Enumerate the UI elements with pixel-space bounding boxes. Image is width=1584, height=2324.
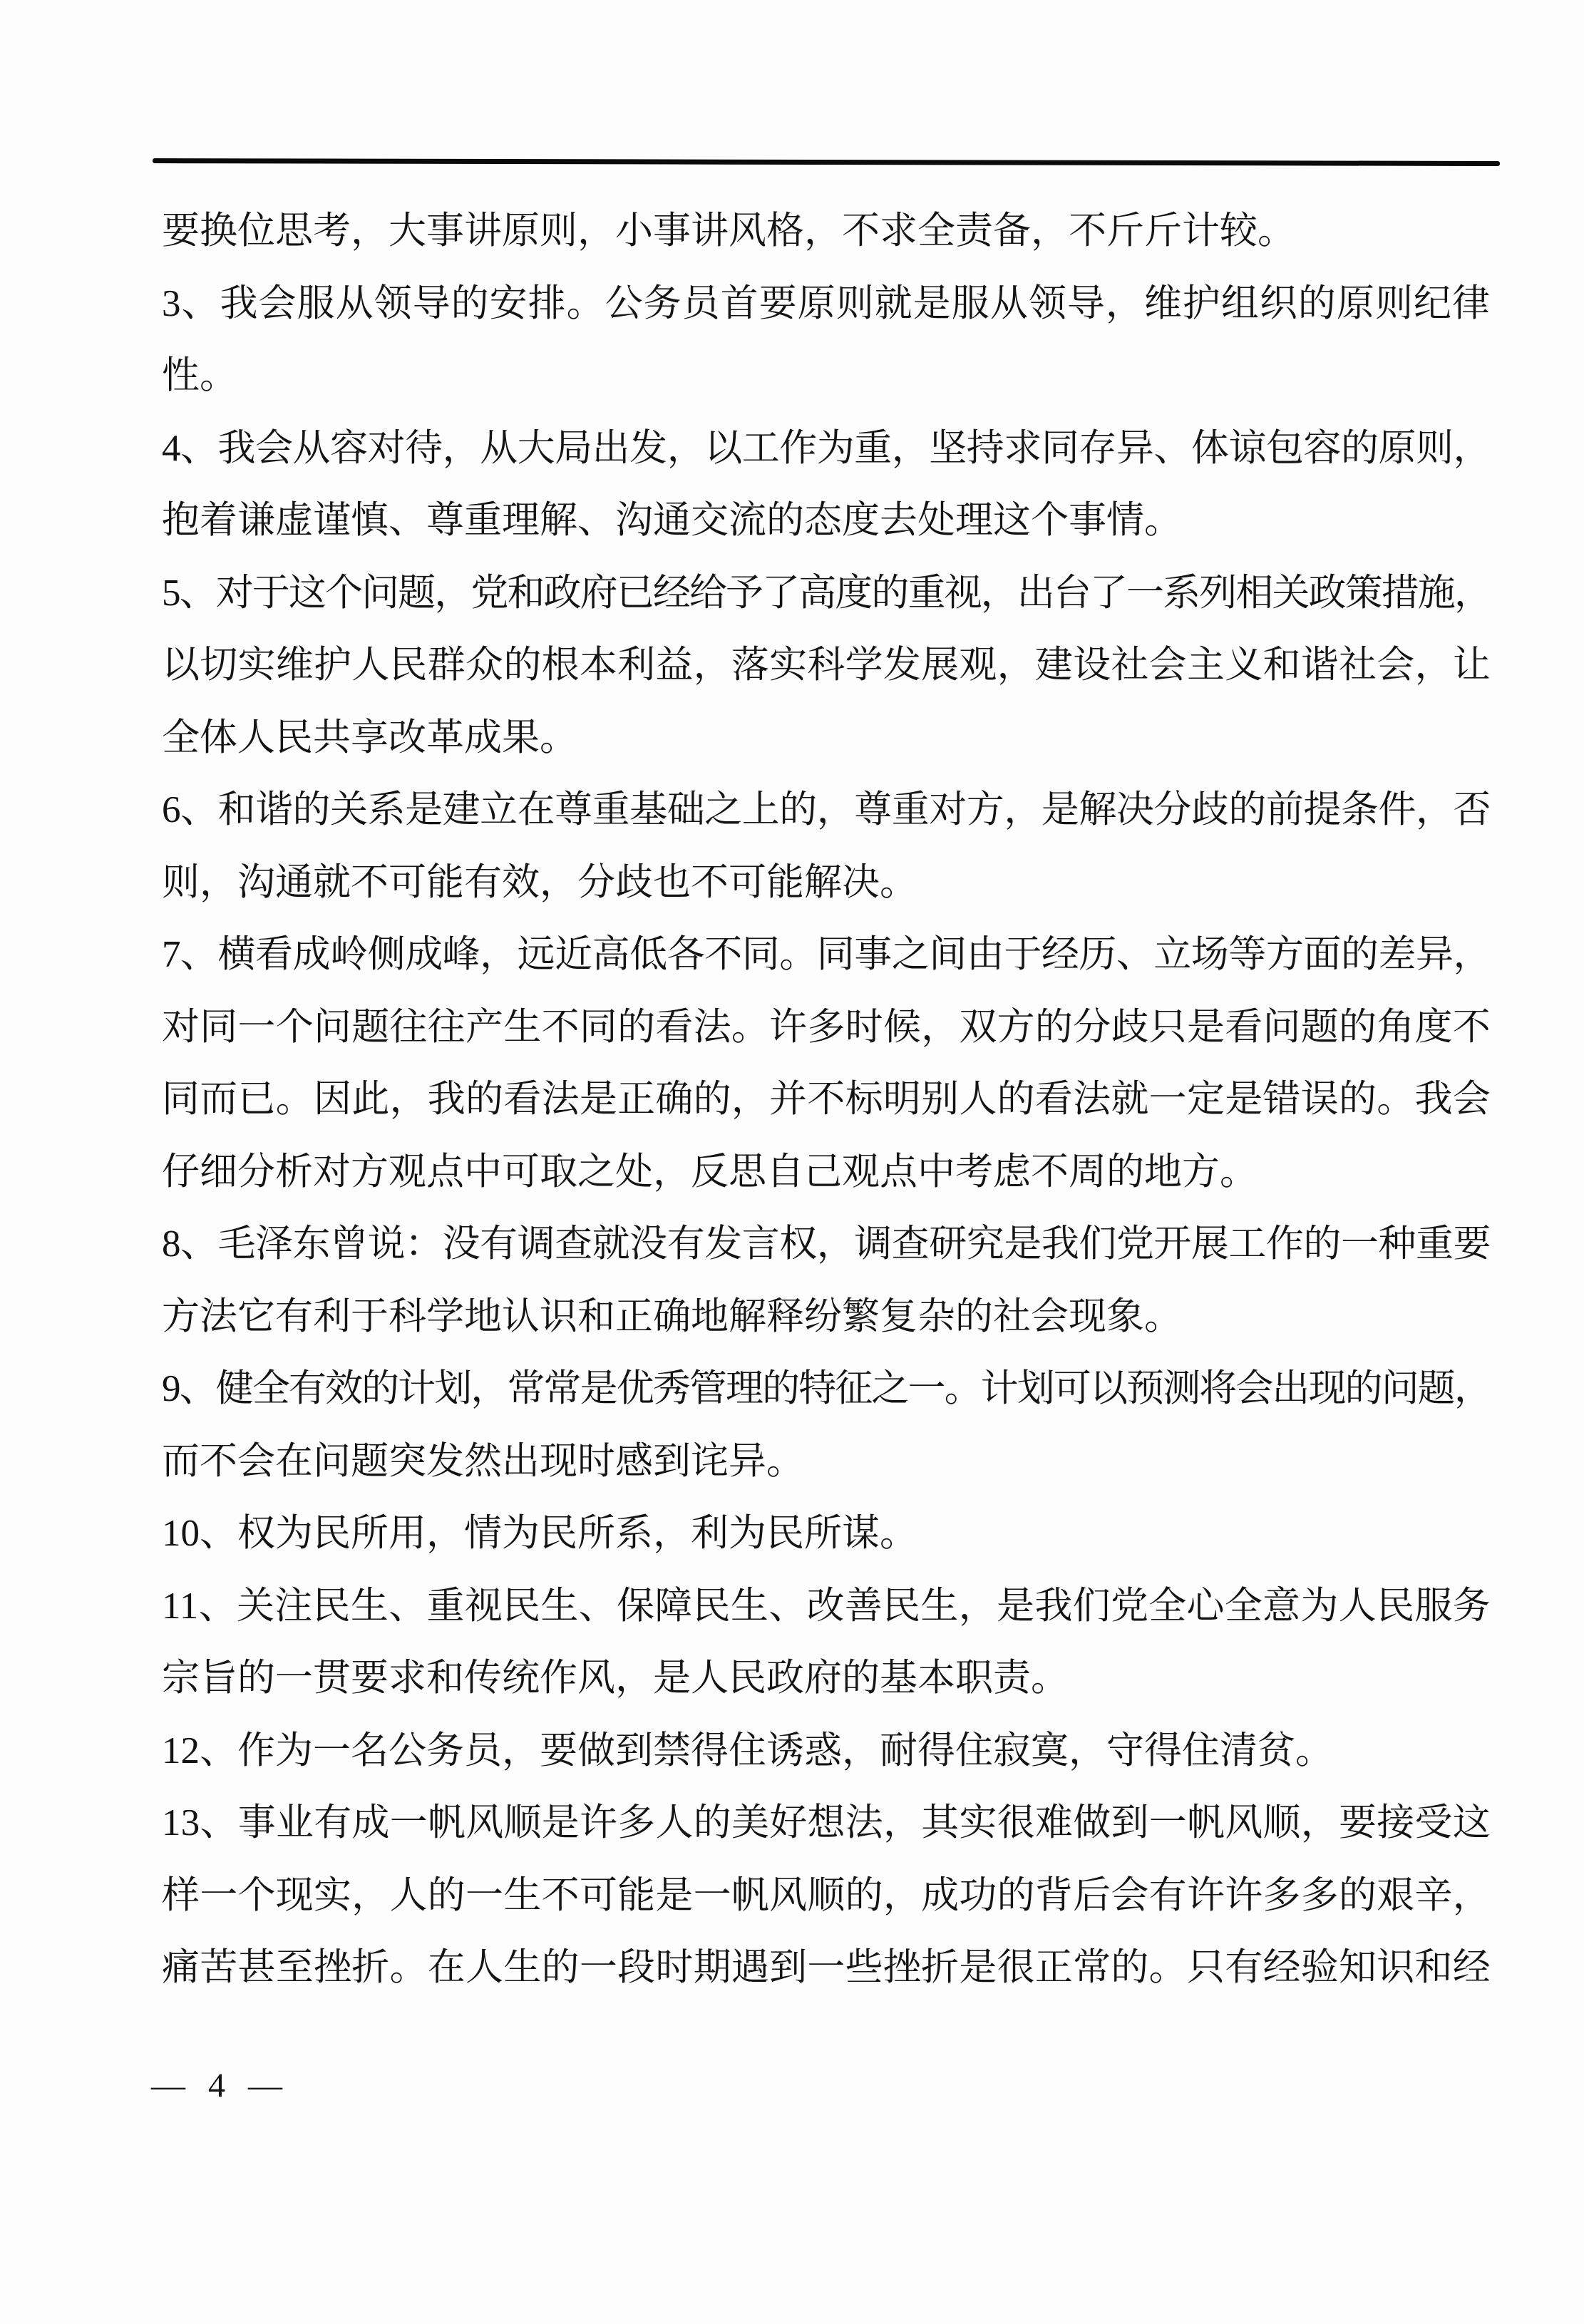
- text-line: 11、关注民生、重视民生、保障民生、改善民生，是我们党全心全意为人民服务: [162, 1570, 1491, 1643]
- text-line: 同而已。因此，我的看法是正确的，并不标明别人的看法就一定是错误的。我会: [162, 1064, 1491, 1136]
- text-line: 性。: [162, 340, 1491, 413]
- document-body: 要换位思考，大事讲原则，小事讲风格，不求全责备，不斤斤计较。3、我会服从领导的安…: [162, 195, 1491, 2005]
- text-line: 而不会在问题突发然出现时感到诧异。: [162, 1426, 1491, 1498]
- text-line: 5、对于这个问题，党和政府已经给予了高度的重视，出台了一系列相关政策措施，: [162, 557, 1491, 630]
- page-number: — 4 —: [151, 2065, 289, 2107]
- text-line: 3、我会服从领导的安排。公务员首要原则就是服从领导，维护组织的原则纪律: [162, 268, 1491, 341]
- scanned-document-page: 要换位思考，大事讲原则，小事讲风格，不求全责备，不斤斤计较。3、我会服从领导的安…: [0, 0, 1584, 2324]
- text-line: 6、和谐的关系是建立在尊重基础之上的，尊重对方，是解决分歧的前提条件，否: [162, 774, 1491, 847]
- text-line: 4、我会从容对待，从大局出发，以工作为重，坚持求同存异、体谅包容的原则，: [162, 413, 1491, 485]
- top-horizontal-rule: [153, 158, 1500, 166]
- text-line: 全体人民共享改革成果。: [162, 702, 1491, 775]
- text-line: 7、横看成岭侧成峰，远近高低各不同。同事之间由于经历、立场等方面的差异，: [162, 919, 1491, 992]
- text-line: 12、作为一名公务员，要做到禁得住诱惑，耐得住寂寞，守得住清贫。: [162, 1715, 1491, 1788]
- text-line: 9、健全有效的计划，常常是优秀管理的特征之一。计划可以预测将会出现的问题，: [162, 1353, 1491, 1426]
- text-line: 方法它有利于科学地认识和正确地解释纷繁复杂的社会现象。: [162, 1281, 1491, 1354]
- text-line: 要换位思考，大事讲原则，小事讲风格，不求全责备，不斤斤计较。: [162, 195, 1491, 268]
- text-line: 对同一个问题往往产生不同的看法。许多时候，双方的分歧只是看问题的角度不: [162, 992, 1491, 1064]
- text-line: 10、权为民所用，情为民所系，利为民所谋。: [162, 1498, 1491, 1570]
- text-line: 抱着谦虚谨慎、尊重理解、沟通交流的态度去处理这个事情。: [162, 485, 1491, 557]
- text-line: 8、毛泽东曾说：没有调查就没有发言权，调查研究是我们党开展工作的一种重要: [162, 1208, 1491, 1281]
- text-line: 痛苦甚至挫折。在人生的一段时期遇到一些挫折是很正常的。只有经验知识和经: [162, 1932, 1491, 2005]
- text-line: 则，沟通就不可能有效，分歧也不可能解决。: [162, 847, 1491, 920]
- text-line: 宗旨的一贯要求和传统作风，是人民政府的基本职责。: [162, 1642, 1491, 1715]
- text-line: 样一个现实，人的一生不可能是一帆风顺的，成功的背后会有许许多多的艰辛，: [162, 1860, 1491, 1933]
- text-line: 以切实维护人民群众的根本利益，落实科学发展观，建设社会主义和谐社会，让: [162, 629, 1491, 702]
- text-line: 仔细分析对方观点中可取之处，反思自己观点中考虑不周的地方。: [162, 1136, 1491, 1209]
- text-line: 13、事业有成一帆风顺是许多人的美好想法，其实很难做到一帆风顺，要接受这: [162, 1787, 1491, 1860]
